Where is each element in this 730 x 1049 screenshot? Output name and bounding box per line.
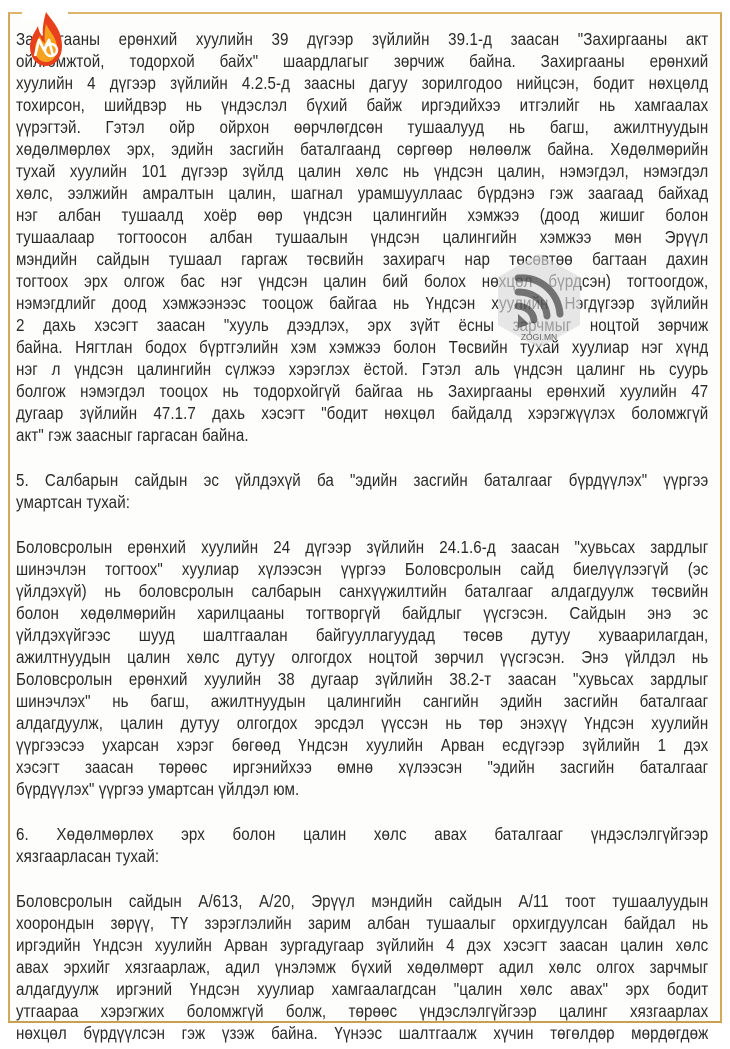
text-line: тушаалаар тогтоосон албан тушаалын үндсэ…: [16, 226, 708, 248]
paragraph-wage-rights: Боловсролын сайдын А/613, А/20, Эрүүл мэ…: [16, 890, 708, 1044]
paragraph-minister-inaction: Боловсролын ерөнхий хуулийн 24 дүгээр зү…: [16, 536, 708, 800]
text-line: иргэдийн Үндсэн хуулийн Арван зургадугаа…: [16, 934, 708, 956]
text-line: хуулийн 4 дүгээр зүйлийн 4.2.5-д заасны …: [16, 72, 708, 94]
section-6-heading: 6. Хөдөлмөрлөх эрх болон цалин хөлс авах…: [16, 823, 708, 867]
text-line: бүрдүүлэх" үүргээ умартсан үйлдэл юм.: [16, 778, 708, 800]
text-line: нэмэгдлийг доод хэмжээнээс тооцож байгаа…: [16, 292, 708, 314]
text-line: 2 дахь хэсэгт заасан "хууль дээдлэх, эрх…: [16, 314, 708, 336]
heading-line: 5. Салбарын сайдын эс үйлдэхүй ба "эдийн…: [16, 469, 708, 491]
heading-line: умартсан тухай:: [16, 491, 708, 513]
text-line: Боловсролын ерөнхий хуулийн 38 дугаар зү…: [16, 668, 708, 690]
text-line: болон хөдөлмөрийн харилцааны тогтворгүй …: [16, 602, 708, 624]
text-line: хэсэгт заасан төрөөс иргэнийхээ өмнө хүл…: [16, 756, 708, 778]
text-line: Захиргааны ерөнхий хуулийн 39 дүгээр зүй…: [16, 28, 708, 50]
text-line: үйлдэхүйгээс шууд шалтгаалан байгууллагу…: [16, 624, 708, 646]
text-line: Боловсролын сайдын А/613, А/20, Эрүүл мэ…: [16, 890, 708, 912]
text-line: ажилтнуудын цалин хөлс дутуу олгогдох но…: [16, 646, 708, 668]
text-line: акт" гэж заасныг гаргасан байна.: [16, 424, 708, 446]
zoom-mn-watermark-icon: ZOGI.MN: [496, 252, 582, 350]
text-line: мэндийн сайдын тушаал гаргаж төсвийн зах…: [16, 248, 708, 270]
text-line: нэг л үндсэн цалингийн сүлжээ хэрэглэх ё…: [16, 358, 708, 380]
heading-line: 6. Хөдөлмөрлөх эрх болон цалин хөлс авах…: [16, 823, 708, 845]
text-line: тухай хуулийн 101 дүгээр зүйлд цалин хөл…: [16, 160, 708, 182]
text-line: нэг албан тушаалд хоёр өөр үндсэн цалинг…: [16, 204, 708, 226]
text-line: дугаар зүйлийн 47.1.7 дахь хэсэгт "бодит…: [16, 402, 708, 424]
heading-line: хязгаарласан тухай:: [16, 845, 708, 867]
text-line: үйлдэхүй) нь боловсролын салбарын санхүү…: [16, 580, 708, 602]
document-body: Захиргааны ерөнхий хуулийн 39 дүгээр зүй…: [16, 28, 708, 1044]
text-line: үүрэгтэй. Гэтэл ойр ойрхон өөрчлөгдсөн т…: [16, 116, 708, 138]
watermark-label: ZOGI.MN: [521, 332, 557, 342]
paragraph-admin-law: Захиргааны ерөнхий хуулийн 39 дүгээр зүй…: [16, 28, 708, 446]
text-line: тохирсон, шийдвэр нь үндэслэл бүхий байж…: [16, 94, 708, 116]
paragraph-spacer: [16, 446, 708, 469]
section-5-heading: 5. Салбарын сайдын эс үйлдэхүй ба "эдийн…: [16, 469, 708, 513]
text-line: шинэчлэн тогтоох" хуулиар хүлээсэн үүргэ…: [16, 558, 708, 580]
text-line: тогтоох эрх олгож бас нэг үндсэн цалин б…: [16, 270, 708, 292]
text-line: авах эрхийг хязгаарлаж, адил үнэлэмж бүх…: [16, 956, 708, 978]
text-line: ойлгомжтой, тодорхой байх" шаардлагыг зө…: [16, 50, 708, 72]
text-line: алдагдуулж, цалин дутуу олгогдох эрсдэл …: [16, 712, 708, 734]
paragraph-spacer: [16, 867, 708, 890]
text-line: хөлс, ээлжийн амралтын цалин, шагнал ура…: [16, 182, 708, 204]
text-line: утгаараа хэрэгжих боломжгүй болж, төрөөс…: [16, 1000, 708, 1022]
text-line: байна. Нягтлан бодох бүртгэлийн хэм хэмж…: [16, 336, 708, 358]
text-line: үүргээсээ ухарсан хэрэг бөгөөд Үндсэн ху…: [16, 734, 708, 756]
paragraph-spacer: [16, 513, 708, 536]
text-line: алдагдуулж иргэний Үндсэн хуулиар хамгаа…: [16, 978, 708, 1000]
text-line: Боловсролын ерөнхий хуулийн 24 дүгээр зү…: [16, 536, 708, 558]
paragraph-spacer: [16, 800, 708, 823]
text-line: хөдөлмөрлөх эрх, эдийн засгийн баталгаан…: [16, 138, 708, 160]
text-line: шинэчлэх" нь багш, ажилтнуудын цалингийн…: [16, 690, 708, 712]
text-line: хоорондын зөрүү, ТҮ зэрэглэлийн зарим ал…: [16, 912, 708, 934]
text-line: болгож нэмэгдэл тооцох нь тодорхойгүй ба…: [16, 380, 708, 402]
flame-logo-icon: [26, 10, 66, 68]
text-line: нөхцөл бүрдүүлсэн гэж үзэж байна. Үүнээс…: [16, 1022, 708, 1044]
